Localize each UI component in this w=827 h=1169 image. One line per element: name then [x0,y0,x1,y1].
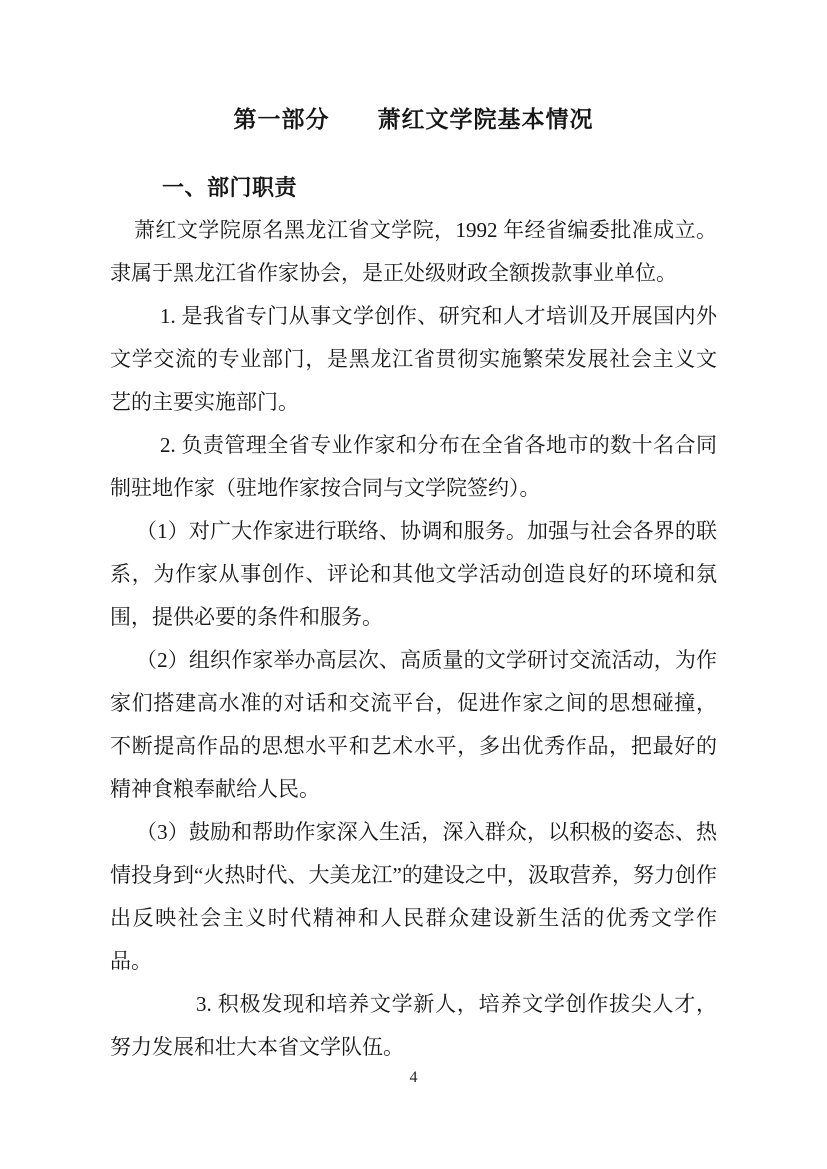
page-number: 4 [0,1068,827,1088]
section-heading: 一、部门职责 [110,166,717,209]
document-content: 第一部分 萧红文学院基本情况 一、部门职责 萧红文学院原名黑龙江省文学院，199… [0,0,827,1069]
doc-title: 第一部分 萧红文学院基本情况 [110,102,717,138]
paragraph-item-1: 1. 是我省专门从事文学创作、研究和人才培训及开展国内外文学交流的专业部门，是黑… [110,295,717,424]
paragraph-subitem-1: （1）对广大作家进行联络、协调和服务。加强与社会各界的联系，为作家从事创作、评论… [110,510,717,639]
document-page: 第一部分 萧红文学院基本情况 一、部门职责 萧红文学院原名黑龙江省文学院，199… [0,0,827,1169]
paragraph-intro: 萧红文学院原名黑龙江省文学院，1992 年经省编委批准成立。隶属于黑龙江省作家协… [110,209,717,295]
paragraph-item-3: 3. 积极发现和培养文学新人，培养文学创作拔尖人才，努力发展和壮大本省文学队伍。 [110,983,717,1069]
paragraph-item-2: 2. 负责管理全省专业作家和分布在全省各地市的数十名合同制驻地作家（驻地作家按合… [110,424,717,510]
paragraph-subitem-2: （2）组织作家举办高层次、高质量的文学研讨交流活动，为作家们搭建高水准的对话和交… [110,639,717,811]
paragraph-subitem-3: （3）鼓励和帮助作家深入生活，深入群众，以积极的姿态、热情投身到“火热时代、大美… [110,811,717,983]
